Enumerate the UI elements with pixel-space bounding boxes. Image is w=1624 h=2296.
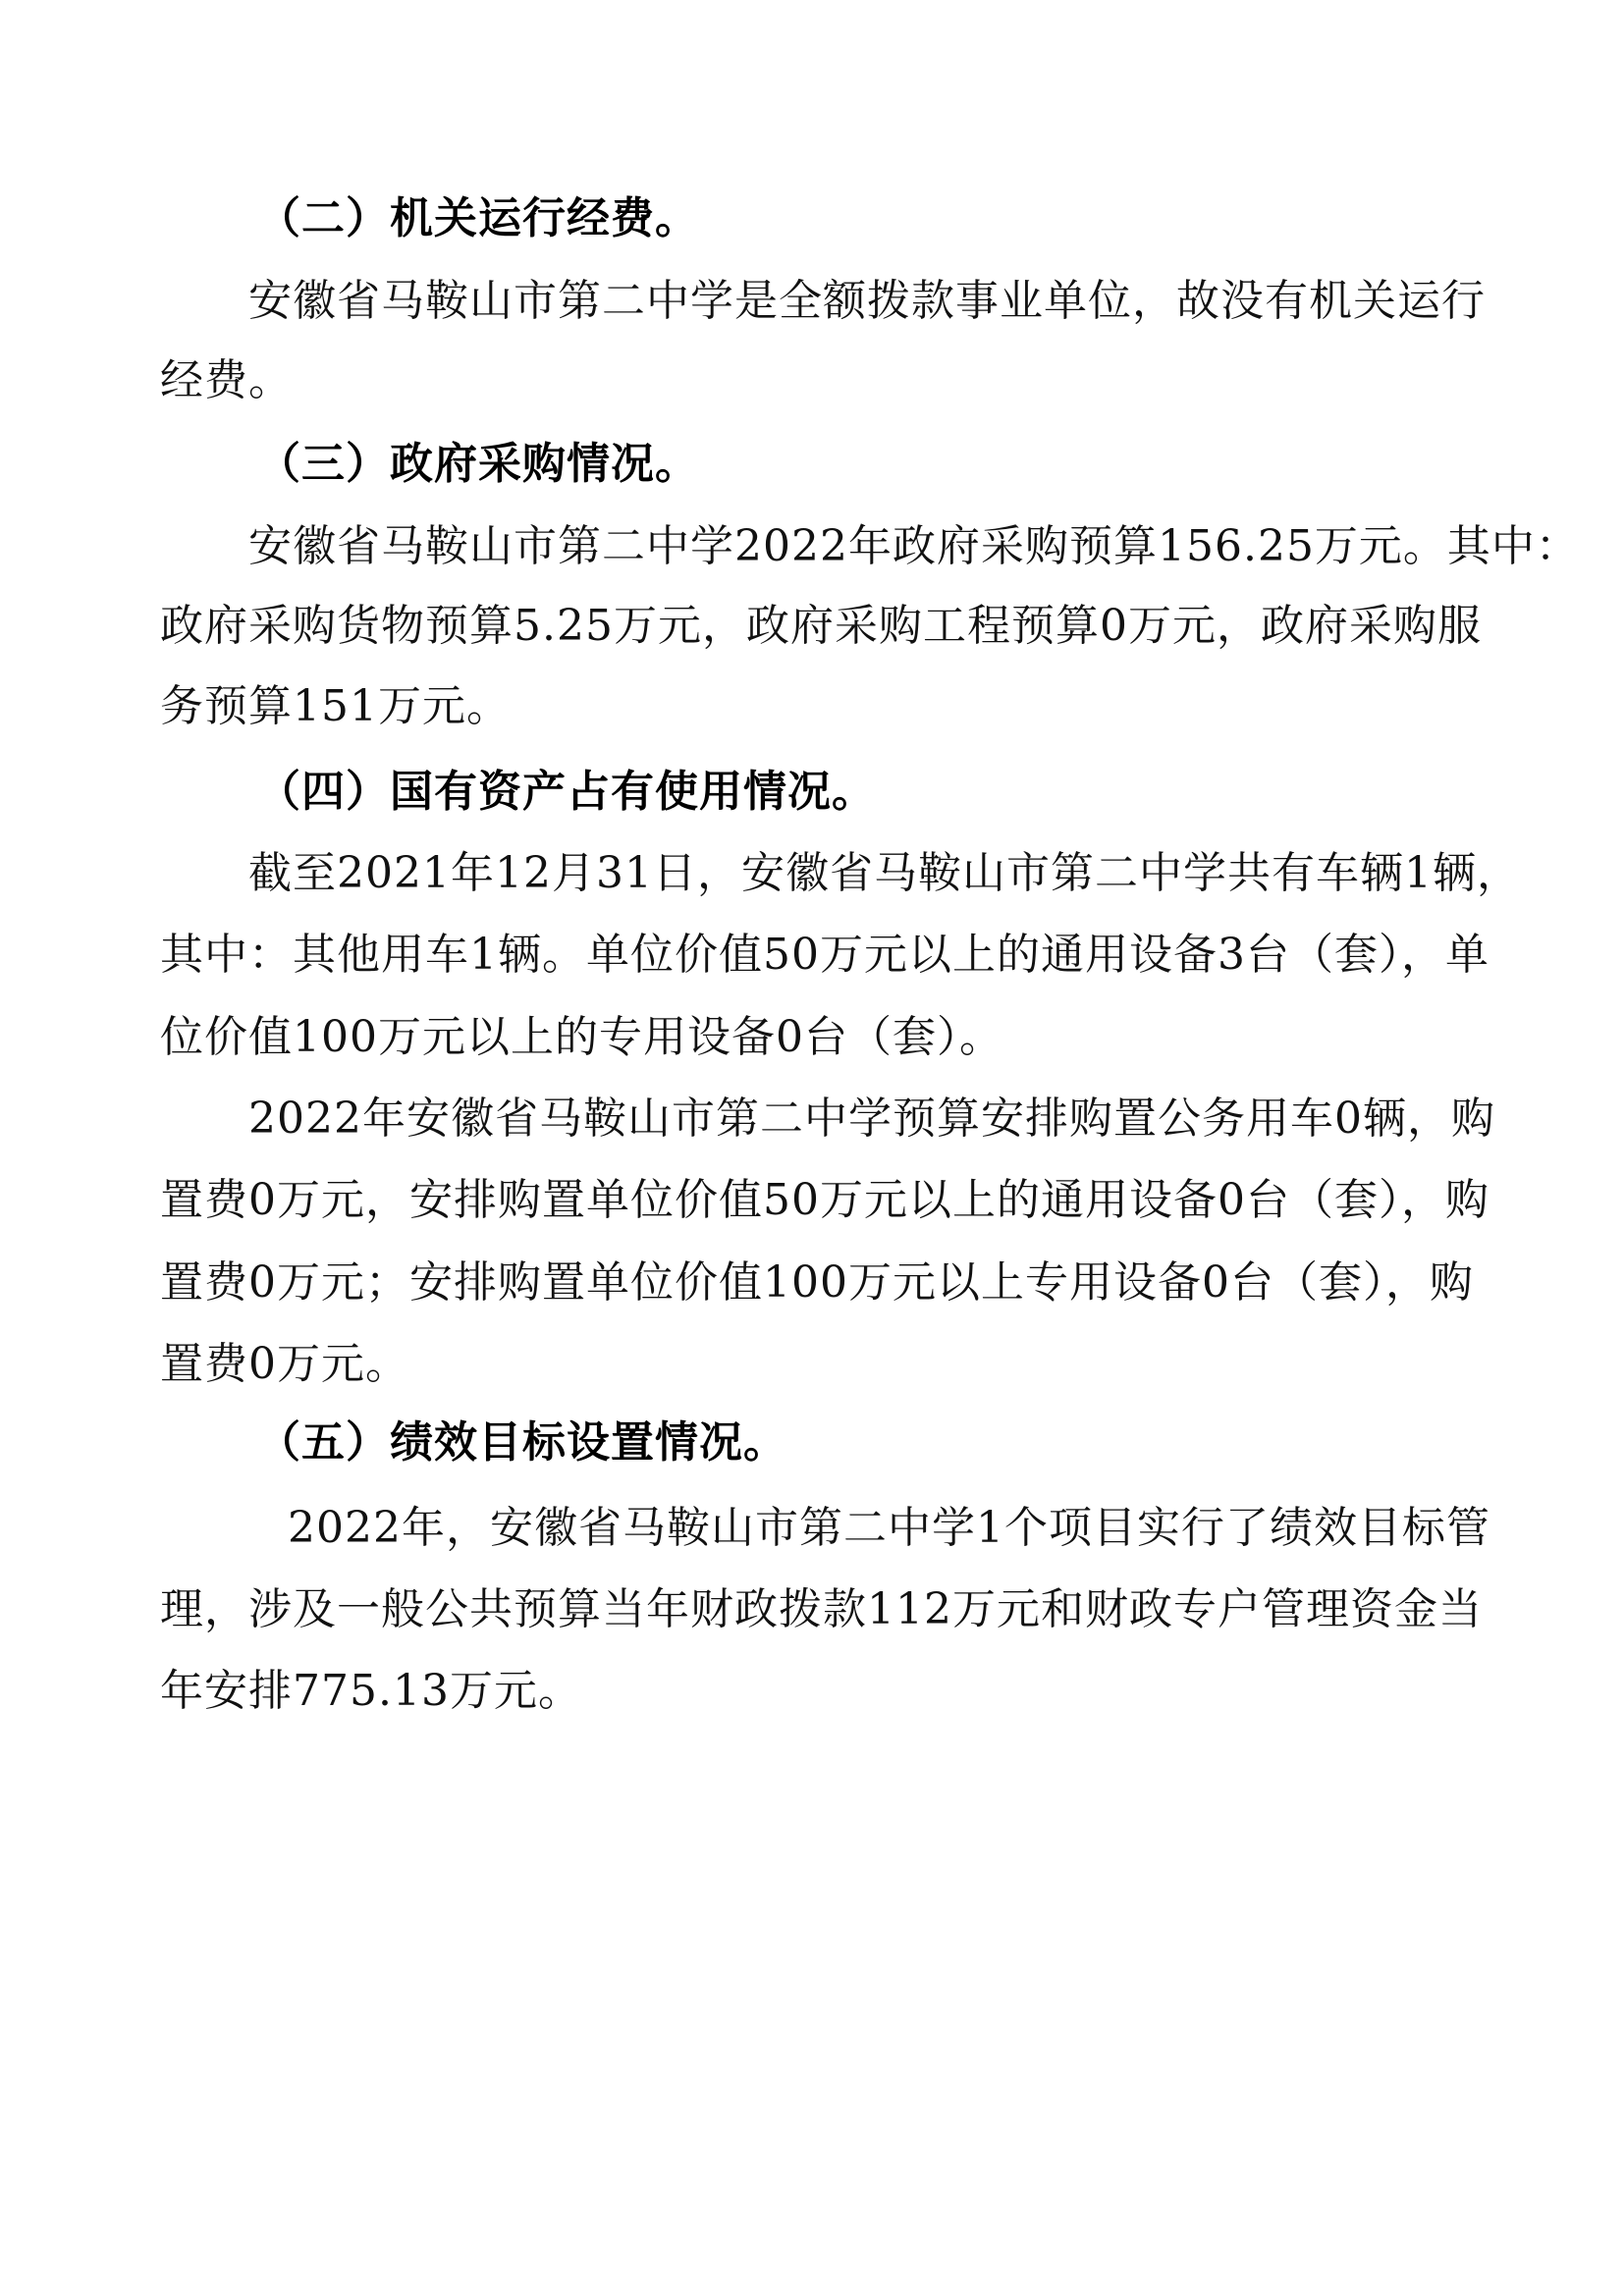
paragraph-line: 年安排775.13万元。 — [160, 1662, 582, 1721]
paragraph-line: 经费。 — [160, 351, 293, 410]
paragraph-line: 置费0万元，安排购置单位价值50万元以上的通用设备0台（套），购 — [160, 1171, 1489, 1230]
paragraph-line: 2022年安徽省马鞍山市第二中学预算安排购置公务用车0辆，购 — [248, 1090, 1495, 1148]
paragraph-line: 置费0万元。 — [160, 1335, 409, 1394]
section-heading-performance-targets: （五）绩效目标设置情况。 — [257, 1414, 787, 1472]
paragraph-line: 理，涉及一般公共预算当年财政拨款112万元和财政专户管理资金当 — [160, 1580, 1483, 1639]
paragraph-line: 截至2021年12月31日，安徽省马鞍山市第二中学共有车辆1辆， — [248, 844, 1521, 903]
document-page: （二）机关运行经费。 安徽省马鞍山市第二中学是全额拨款事业单位，故没有机关运行 … — [0, 0, 1624, 2296]
paragraph-line: 位价值100万元以上的专用设备0台（套）。 — [160, 1008, 1003, 1067]
paragraph-line: 安徽省马鞍山市第二中学是全额拨款事业单位，故没有机关运行 — [248, 272, 1486, 331]
section-heading-state-assets: （四）国有资产占有使用情况。 — [257, 763, 876, 822]
paragraph-line: 置费0万元；安排购置单位价值100万元以上专用设备0台（套），购 — [160, 1254, 1474, 1312]
paragraph-line: 务预算151万元。 — [160, 677, 511, 736]
paragraph-line: 2022年，安徽省马鞍山市第二中学1个项目实行了绩效目标管 — [288, 1499, 1490, 1558]
section-heading-government-procurement: （三）政府采购情况。 — [257, 435, 699, 494]
paragraph-line: 政府采购货物预算5.25万元，政府采购工程预算0万元，政府采购服 — [160, 597, 1482, 656]
paragraph-line: 其中：其他用车1辆。单位价值50万元以上的通用设备3台（套），单 — [160, 926, 1489, 985]
section-heading-operating-expenses: （二）机关运行经费。 — [257, 189, 699, 248]
paragraph-line: 安徽省马鞍山市第二中学2022年政府采购预算156.25万元。其中： — [248, 517, 1580, 576]
